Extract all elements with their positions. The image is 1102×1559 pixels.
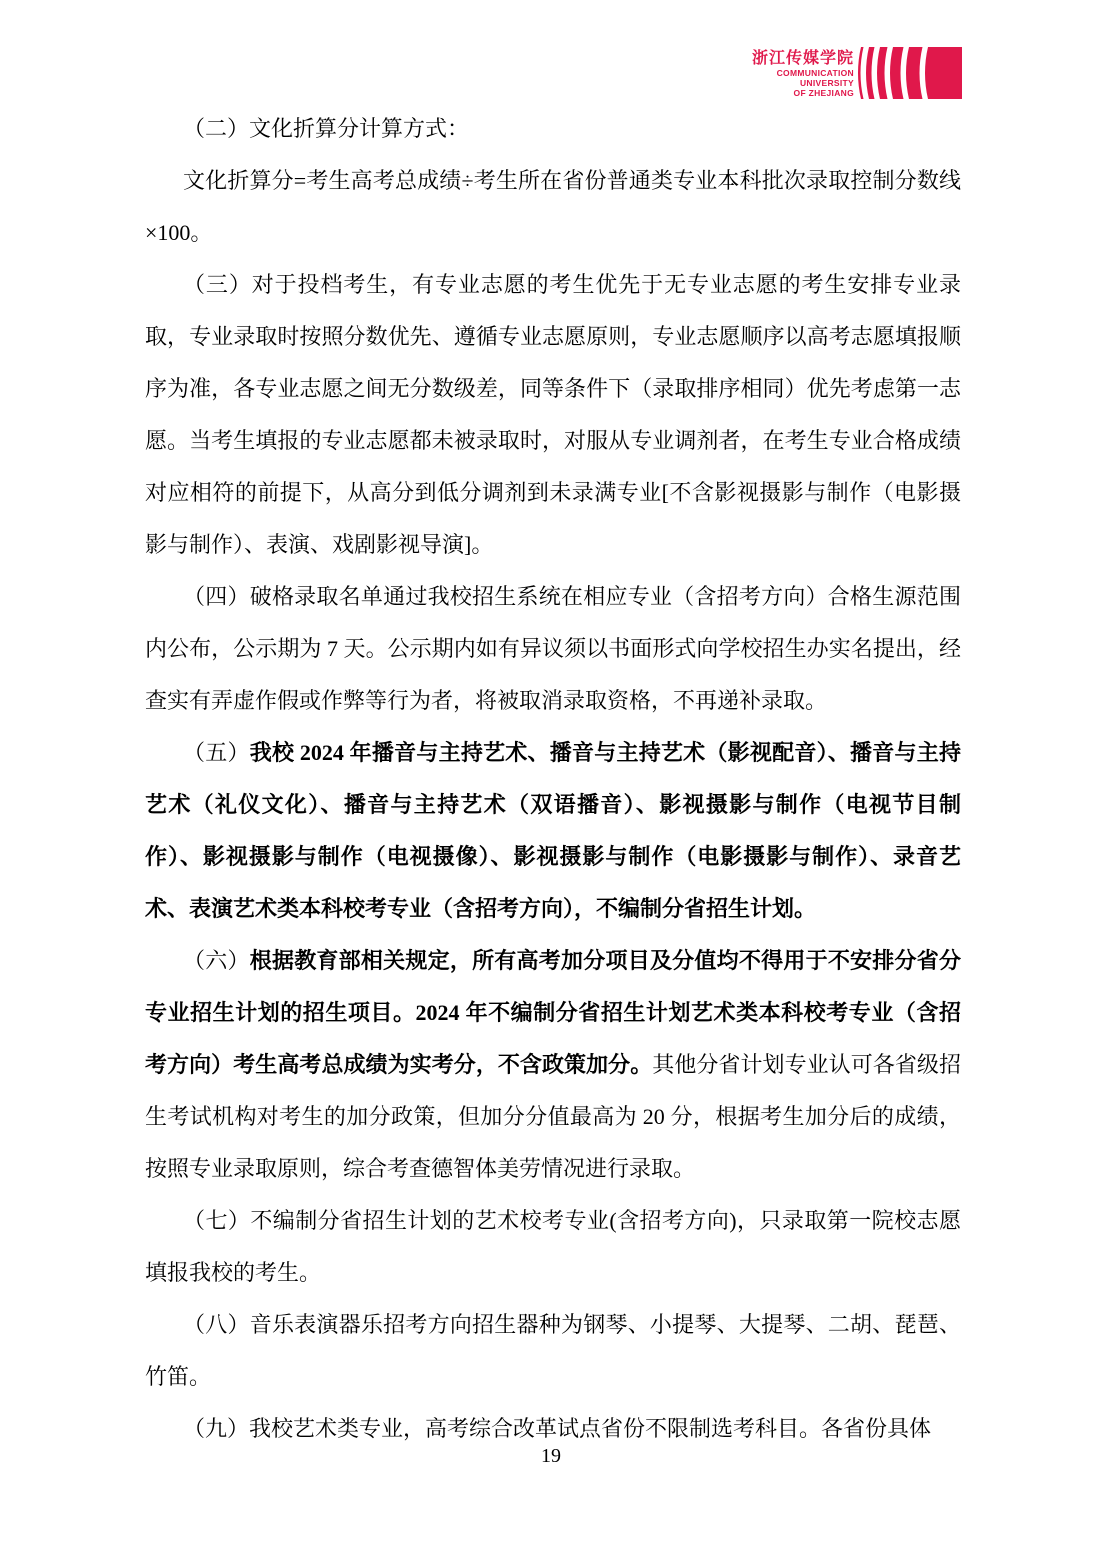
section-5-marker: （五） (183, 740, 250, 765)
section-8-text: （八）音乐表演器乐招考方向招生器种为钢琴、小提琴、大提琴、二胡、琵琶、竹笛。 (145, 1312, 961, 1389)
para-section-7: （七）不编制分省招生计划的艺术校考专业(含招考方向)，只录取第一院校志愿填报我校… (145, 1195, 961, 1299)
para-section-5: （五）我校 2024 年播音与主持艺术、播音与主持艺术（影视配音）、播音与主持艺… (145, 727, 961, 935)
para-section-6: （六）根据教育部相关规定，所有高考加分项目及分值均不得用于不安排分省分专业招生计… (145, 935, 961, 1195)
university-logo: 浙江传媒学院 COMMUNICATION UNIVERSITY OF ZHEJI… (744, 47, 962, 105)
para-section-4: （四）破格录取名单通过我校招生系统在相应专业（含招考方向）合格生源范围内公布，公… (145, 571, 961, 727)
university-logo-text: 浙江传媒学院 COMMUNICATION UNIVERSITY OF ZHEJI… (744, 47, 854, 98)
para-section-8: （八）音乐表演器乐招考方向招生器种为钢琴、小提琴、大提琴、二胡、琵琶、竹笛。 (145, 1299, 961, 1403)
para-section-3: （三）对于投档考生，有专业志愿的考生优先于无专业志愿的考生安排专业录取，专业录取… (145, 259, 961, 571)
document-body: （二）文化折算分计算方式： 文化折算分=考生高考总成绩÷考生所在省份普通类专业本… (145, 103, 961, 1455)
section-2-heading-text: （二）文化折算分计算方式： (183, 116, 469, 141)
para-section-2-heading: （二）文化折算分计算方式： (145, 103, 961, 155)
section-6-marker: （六） (183, 948, 250, 973)
section-9-text: （九）我校艺术类专业，高考综合改革试点省份不限制选考科目。各省份具体 (183, 1416, 931, 1441)
section-5-bold-text: 我校 2024 年播音与主持艺术、播音与主持艺术（影视配音）、播音与主持艺术（礼… (145, 740, 961, 921)
soundwave-bars-icon (858, 47, 962, 105)
university-name-en-line2: UNIVERSITY (744, 78, 854, 88)
university-name-en-line1: COMMUNICATION (744, 68, 854, 78)
section-4-text: （四）破格录取名单通过我校招生系统在相应专业（含招考方向）合格生源范围内公布，公… (145, 584, 961, 713)
section-3-text: （三）对于投档考生，有专业志愿的考生优先于无专业志愿的考生安排专业录取，专业录取… (145, 272, 961, 557)
para-formula: 文化折算分=考生高考总成绩÷考生所在省份普通类专业本科批次录取控制分数线×100… (145, 155, 961, 259)
document-page: 浙江传媒学院 COMMUNICATION UNIVERSITY OF ZHEJI… (0, 0, 1102, 1559)
formula-text: 文化折算分=考生高考总成绩÷考生所在省份普通类专业本科批次录取控制分数线×100… (145, 168, 961, 245)
university-name-cn: 浙江传媒学院 (744, 50, 854, 68)
section-7-text: （七）不编制分省招生计划的艺术校考专业(含招考方向)，只录取第一院校志愿填报我校… (145, 1208, 961, 1285)
page-number: 19 (0, 1445, 1102, 1468)
university-name-en-line3: OF ZHEJIANG (744, 88, 854, 98)
